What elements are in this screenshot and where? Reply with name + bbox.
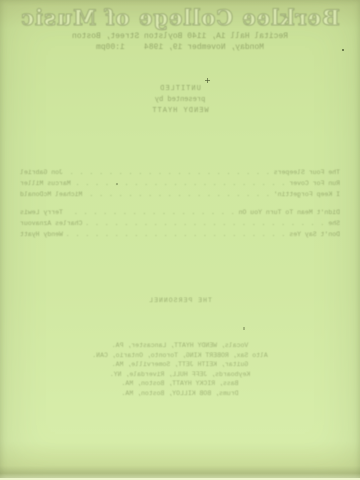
dotted-leader: . . . . . . . . . . . . . . . . . . . . …	[86, 191, 269, 198]
artist-name: Marcus Miller	[20, 180, 71, 187]
performer-name: WENDY HYATT	[0, 107, 360, 115]
personnel-line: Vocals, WENDY HYATT, Lancaster, PA.	[0, 341, 360, 351]
program-row: Don't Say Yes . . . . . . . . . . . . . …	[20, 231, 340, 242]
program-row: Didn't Mean To Turn You On . . . . . . .…	[20, 209, 340, 220]
ink-speck	[342, 49, 344, 51]
program-row: Run For Cover . . . . . . . . . . . . . …	[20, 180, 340, 191]
artist-name: Jon Gabriel	[20, 169, 63, 176]
program-row: I Keep Forgettin' . . . . . . . . . . . …	[20, 191, 340, 202]
personnel-line: Alto Sax, ROBERT KING, Toronto, Ontario,…	[0, 351, 360, 361]
program-row: She . . . . . . . . . . . . . . . . . . …	[20, 220, 340, 231]
personnel-line: Bass, RICKY HYATT, Boston, MA.	[0, 379, 360, 389]
song-title: The Four Sleepers	[274, 169, 340, 176]
berklee-logo-text: Berklee College of Music	[0, 5, 360, 30]
dotted-leader: . . . . . . . . . . . . . . . . . . . . …	[67, 231, 285, 238]
personnel-header: THE PERSONNEL	[0, 297, 360, 304]
personnel-line: Drums, BOB KILLOY, Boston, MA.	[0, 389, 360, 399]
artist-name: Terry Lewis	[20, 209, 63, 216]
bleedthrough-layer: Berklee College of Music Recital Hall 1A…	[0, 0, 360, 480]
song-title: Didn't Mean To Turn You On	[239, 209, 340, 216]
song-title: She	[328, 220, 340, 227]
ink-speck	[205, 78, 210, 83]
scanned-program-page: Berklee College of Music Recital Hall 1A…	[0, 0, 360, 480]
dotted-leader: . . . . . . . . . . . . . . . . . . . . …	[86, 220, 324, 227]
song-title: I Keep Forgettin'	[274, 191, 340, 198]
ink-speck	[116, 183, 118, 185]
song-title: Run For Cover	[289, 180, 340, 187]
dotted-leader: . . . . . . . . . . . . . . . . . . . . …	[67, 209, 235, 216]
personnel-line: Keyboards, JEFF HULL, Riverdale, NY.	[0, 370, 360, 380]
dotted-leader: . . . . . . . . . . . . . . . . . . . . …	[67, 169, 270, 176]
artist-name: Michael McDonald	[20, 191, 82, 198]
ink-speck	[243, 327, 245, 330]
date-time-line: Monday, November 19, 1984 1:00pm	[0, 43, 360, 52]
presented-by-label: presented by	[0, 96, 360, 104]
recital-title: UNTITLED	[0, 85, 360, 93]
song-title: Don't Say Yes	[289, 231, 340, 238]
personnel-list: Vocals, WENDY HYATT, Lancaster, PA.Alto …	[0, 341, 360, 399]
personnel-line: Guitar, KEITH JETT, Somerville, MA.	[0, 360, 360, 370]
program-row: The Four Sleepers . . . . . . . . . . . …	[20, 169, 340, 180]
venue-address-line: Recital Hall 1A, 1140 Boylston Street, B…	[0, 32, 360, 41]
dotted-leader: . . . . . . . . . . . . . . . . . . . . …	[75, 180, 286, 187]
artist-name: Charles Aznavour	[20, 220, 82, 227]
program-list: The Four Sleepers . . . . . . . . . . . …	[20, 169, 340, 242]
artist-name: Wendy Hyatt	[20, 231, 63, 238]
